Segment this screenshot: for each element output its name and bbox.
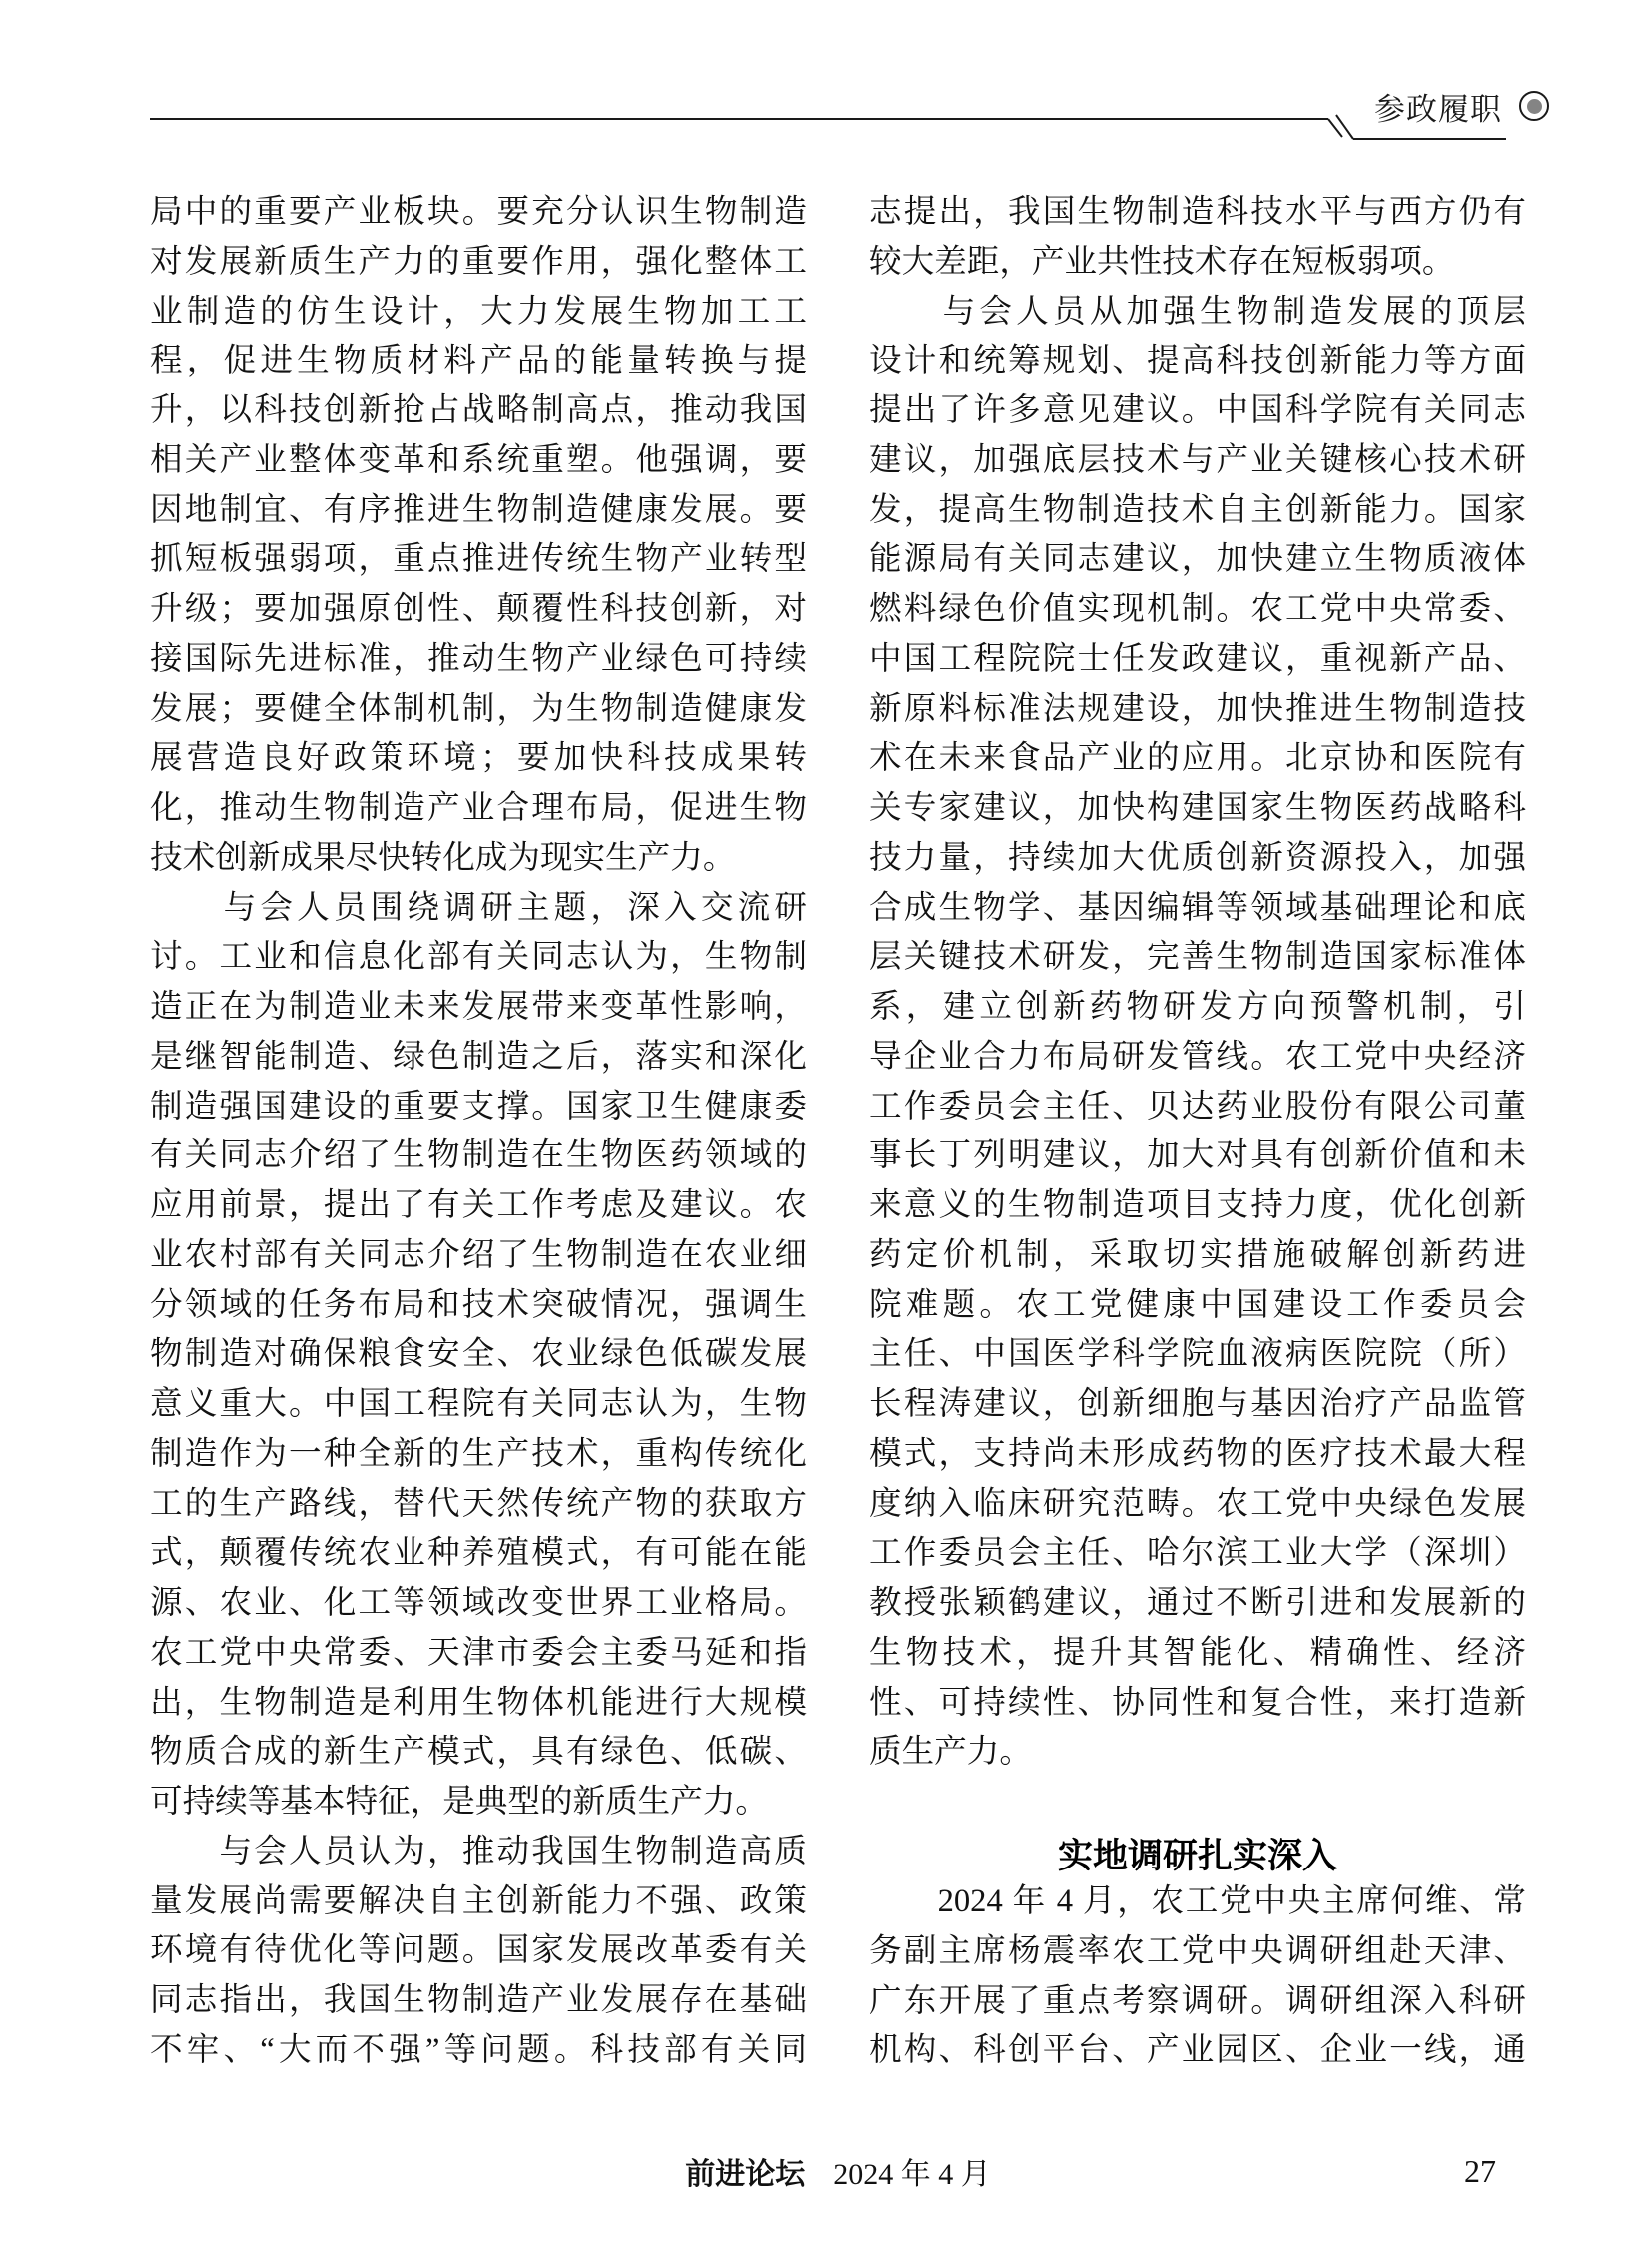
text-line: 关专家建议，加快构建国家生物医药战略科 bbox=[869, 784, 1526, 834]
text-line: 升级；要加强原创性、颠覆性科技创新，对 bbox=[150, 585, 807, 635]
text-line: 出，生物制造是利用生物体机能进行大规模 bbox=[150, 1679, 807, 1729]
text-line: 讨。工业和信息化部有关同志认为，生物制 bbox=[150, 933, 807, 983]
text-line: 教授张颖鹤建议，通过不断引进和发展新的 bbox=[869, 1579, 1526, 1629]
text-line: 2024 年 4 月，农工党中央主席何维、常 bbox=[869, 1877, 1526, 1927]
text-line: 技术创新成果尽快转化成为现实生产力。 bbox=[150, 834, 807, 884]
text-line: 长程涛建议，创新细胞与基因治疗产品监管 bbox=[869, 1380, 1526, 1430]
text-line: 化，推动生物制造产业合理布局，促进生物 bbox=[150, 784, 807, 834]
text-line: 农工党中央常委、天津市委会主委马延和指 bbox=[150, 1629, 807, 1679]
text-line: 模式，支持尚未形成药物的医疗技术最大程 bbox=[869, 1430, 1526, 1480]
text-line: 导企业合力布局研发管线。农工党中央经济 bbox=[869, 1033, 1526, 1083]
text-line: 提出了许多意见建议。中国科学院有关同志 bbox=[869, 386, 1526, 436]
text-line: 与会人员围绕调研主题，深入交流研 bbox=[150, 884, 807, 934]
text-line: 物制造对确保粮食安全、农业绿色低碳发展 bbox=[150, 1330, 807, 1380]
text-line: 不牢、“大而不强”等问题。科技部有关同 bbox=[150, 2026, 807, 2076]
text-line: 发，提高生物制造技术自主创新能力。国家 bbox=[869, 486, 1526, 536]
text-line: 展营造良好政策环境；要加快科技成果转 bbox=[150, 734, 807, 784]
text-line: 来意义的生物制造项目支持力度，优化创新 bbox=[869, 1181, 1526, 1231]
magazine-page: 参政履职 局中的重要产业板块。要充分认识生物制造对发展新质生产力的重要作用，强化… bbox=[0, 0, 1652, 2242]
bullseye-icon bbox=[1519, 91, 1549, 121]
text-line: 抓短板强弱项，重点推进传统生物产业转型 bbox=[150, 535, 807, 585]
text-line: 接国际先进标准，推动生物产业绿色可持续 bbox=[150, 635, 807, 685]
left-text-column: 局中的重要产业板块。要充分认识生物制造对发展新质生产力的重要作用，强化整体工业制… bbox=[150, 188, 807, 2076]
text-line: 业农村部有关同志介绍了生物制造在农业细 bbox=[150, 1231, 807, 1281]
text-line: 药定价机制，采取切实措施破解创新药进 bbox=[869, 1231, 1526, 1281]
text-line: 发展；要健全体制机制，为生物制造健康发 bbox=[150, 685, 807, 735]
text-line: 设计和统筹规划、提高科技创新能力等方面 bbox=[869, 337, 1526, 386]
text-line: 可持续等基本特征，是典型的新质生产力。 bbox=[150, 1778, 807, 1828]
page-number: 27 bbox=[1464, 2153, 1496, 2190]
text-line: 制造作为一种全新的生产技术，重构传统化 bbox=[150, 1430, 807, 1480]
text-line: 升，以科技创新抢占战略制高点，推动我国 bbox=[150, 386, 807, 436]
text-line: 是继智能制造、绿色制造之后，落实和深化 bbox=[150, 1033, 807, 1083]
text-line: 应用前景，提出了有关工作考虑及建议。农 bbox=[150, 1181, 807, 1231]
text-line: 层关键技术研发，完善生物制造国家标准体 bbox=[869, 933, 1526, 983]
text-line: 质生产力。 bbox=[869, 1728, 1526, 1778]
text-line: 较大差距，产业共性技术存在短板弱项。 bbox=[869, 238, 1526, 288]
text-line: 业制造的仿生设计，大力发展生物加工工 bbox=[150, 288, 807, 338]
text-line: 技力量，持续加大优质创新资源投入，加强 bbox=[869, 834, 1526, 884]
text-line: 工作委员会主任、贝达药业股份有限公司董 bbox=[869, 1083, 1526, 1132]
text-line: 与会人员从加强生物制造发展的顶层 bbox=[869, 288, 1526, 338]
text-line: 系，建立创新药物研发方向预警机制，引 bbox=[869, 983, 1526, 1033]
text-line: 分领域的任务布局和技术突破情况，强调生 bbox=[150, 1281, 807, 1331]
section-title: 参政履职 bbox=[1374, 84, 1502, 129]
text-line: 燃料绿色价值实现机制。农工党中央常委、 bbox=[869, 585, 1526, 635]
text-line: 程，促进生物质材料产品的能量转换与提 bbox=[150, 337, 807, 386]
text-line: 院难题。农工党健康中国建设工作委员会 bbox=[869, 1281, 1526, 1331]
text-line: 因地制宜、有序推进生物制造健康发展。要 bbox=[150, 486, 807, 536]
text-line: 对发展新质生产力的重要作用，强化整体工 bbox=[150, 238, 807, 288]
journal-name: 前进论坛 bbox=[685, 2158, 805, 2191]
text-line: 物质合成的新生产模式，具有绿色、低碳、 bbox=[150, 1728, 807, 1778]
text-line: 合成生物学、基因编辑等领域基础理论和底 bbox=[869, 884, 1526, 934]
text-line: 相关产业整体变革和系统重塑。他强调，要 bbox=[150, 436, 807, 486]
text-line: 源、农业、化工等领域改变世界工业格局。 bbox=[150, 1579, 807, 1629]
text-line: 同志指出，我国生物制造产业发展存在基础 bbox=[150, 1976, 807, 2026]
text-line: 新原料标准法规建设，加快推进生物制造技 bbox=[869, 685, 1526, 735]
text-line: 机构、科创平台、产业园区、企业一线，通 bbox=[869, 2026, 1526, 2076]
section-header: 参政履职 bbox=[1374, 84, 1549, 128]
text-line: 有关同志介绍了生物制造在生物医药领域的 bbox=[150, 1131, 807, 1181]
text-line: 事长丁列明建议，加大对具有创新价值和未 bbox=[869, 1131, 1526, 1181]
text-line: 生物技术，提升其智能化、精确性、经济 bbox=[869, 1629, 1526, 1679]
text-line: 务副主席杨震率农工党中央调研组赴天津、 bbox=[869, 1927, 1526, 1977]
text-line: 工的生产路线，替代天然传统产物的获取方 bbox=[150, 1480, 807, 1530]
text-line: 主任、中国医学科学院血液病医院院（所） bbox=[869, 1330, 1526, 1380]
text-line: 量发展尚需要解决自主创新能力不强、政策 bbox=[150, 1877, 807, 1927]
text-line: 局中的重要产业板块。要充分认识生物制造 bbox=[150, 188, 807, 238]
text-line: 建议，加强底层技术与产业关键核心技术研 bbox=[869, 436, 1526, 486]
issue-date: 2024 年 4 月 bbox=[833, 2158, 991, 2191]
text-line: 性、可持续性、协同性和复合性，来打造新 bbox=[869, 1679, 1526, 1729]
page-footer: 前进论坛2024 年 4 月 bbox=[150, 2149, 1526, 2193]
text-line: 中国工程院院士任发政建议，重视新产品、 bbox=[869, 635, 1526, 685]
bullseye-dot-icon bbox=[1527, 99, 1542, 114]
text-line: 环境有待优化等问题。国家发展改革委有关 bbox=[150, 1926, 807, 1976]
text-line: 工作委员会主任、哈尔滨工业大学（深圳） bbox=[869, 1529, 1526, 1579]
section-heading: 实地调研扎实深入 bbox=[869, 1778, 1526, 1877]
text-line: 造正在为制造业未来发展带来变革性影响， bbox=[150, 983, 807, 1033]
text-line: 制造强国建设的重要支撑。国家卫生健康委 bbox=[150, 1083, 807, 1132]
text-line: 广东开展了重点考察调研。调研组深入科研 bbox=[869, 1977, 1526, 2027]
text-line: 能源局有关同志建议，加快建立生物质液体 bbox=[869, 535, 1526, 585]
text-line: 与会人员认为，推动我国生物制造高质 bbox=[150, 1828, 807, 1877]
text-line: 式，颠覆传统农业种养殖模式，有可能在能 bbox=[150, 1529, 807, 1579]
right-text-column: 志提出，我国生物制造科技水平与西方仍有较大差距，产业共性技术存在短板弱项。 与会… bbox=[869, 188, 1526, 2076]
text-line: 志提出，我国生物制造科技水平与西方仍有 bbox=[869, 188, 1526, 238]
text-line: 术在未来食品产业的应用。北京协和医院有 bbox=[869, 734, 1526, 784]
text-line: 意义重大。中国工程院有关同志认为，生物 bbox=[150, 1380, 807, 1430]
text-line: 度纳入临床研究范畴。农工党中央绿色发展 bbox=[869, 1480, 1526, 1530]
